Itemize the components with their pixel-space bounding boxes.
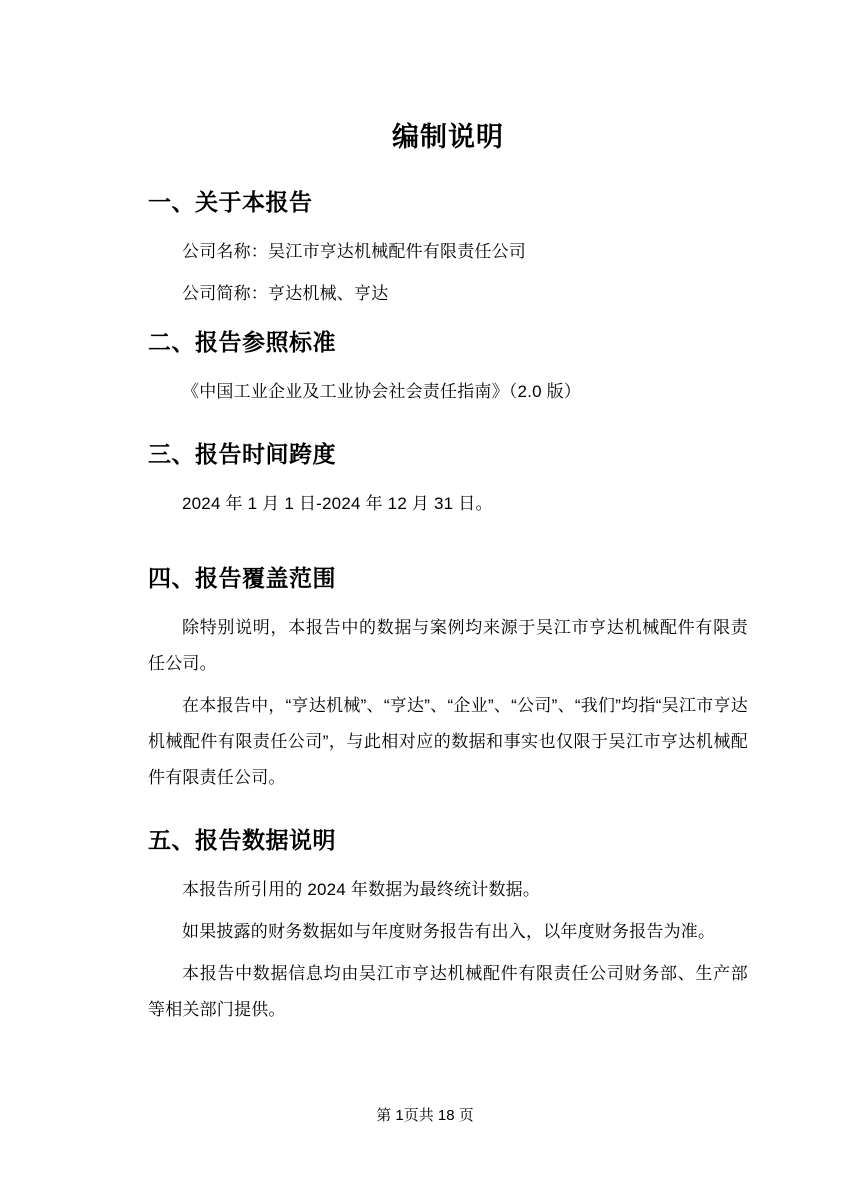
section-heading-reference-standard: 二、报告参照标准 <box>148 326 748 358</box>
document-title: 编制说明 <box>148 116 748 158</box>
paragraph-data-final: 本报告所引用的 2024 年数据为最终统计数据。 <box>148 872 748 908</box>
section-heading-about-report: 一、关于本报告 <box>148 186 748 218</box>
section-data-notes: 五、报告数据说明 本报告所引用的 2024 年数据为最终统计数据。 如果披露的财… <box>148 824 748 1028</box>
section-heading-data-notes: 五、报告数据说明 <box>148 824 748 856</box>
section-time-span: 三、报告时间跨度 2024 年 1 月 1 日-2024 年 12 月 31 日… <box>148 438 748 522</box>
section-heading-coverage-scope: 四、报告覆盖范围 <box>148 562 748 594</box>
section-about-report: 一、关于本报告 公司名称：吴江市亨达机械配件有限责任公司 公司简称：亨达机械、亨… <box>148 186 748 312</box>
section-reference-standard: 二、报告参照标准 《中国工业企业及工业协会社会责任指南》（2.0 版） <box>148 326 748 410</box>
paragraph-time-span: 2024 年 1 月 1 日-2024 年 12 月 31 日。 <box>148 486 748 522</box>
paragraph-data-financial: 如果披露的财务数据如与年度财务报告有出入，以年度财务报告为准。 <box>148 914 748 950</box>
paragraph-coverage-source: 除特别说明，本报告中的数据与案例均来源于吴江市亨达机械配件有限责任公司。 <box>148 610 748 682</box>
section-heading-time-span: 三、报告时间跨度 <box>148 438 748 470</box>
paragraph-reference-standard: 《中国工业企业及工业协会社会责任指南》（2.0 版） <box>148 374 748 410</box>
document-page: 编制说明 一、关于本报告 公司名称：吴江市亨达机械配件有限责任公司 公司简称：亨… <box>0 0 850 1202</box>
section-coverage-scope: 四、报告覆盖范围 除特别说明，本报告中的数据与案例均来源于吴江市亨达机械配件有限… <box>148 562 748 796</box>
paragraph-company-name: 公司名称：吴江市亨达机械配件有限责任公司 <box>148 234 748 270</box>
paragraph-coverage-terms: 在本报告中，“亨达机械”、“亨达”、“企业”、“公司”、“我们”均指“吴江市亨达… <box>148 688 748 796</box>
page-number: 第 1页共 18 页 <box>0 1104 850 1125</box>
paragraph-company-short-name: 公司简称：亨达机械、亨达 <box>148 276 748 312</box>
paragraph-data-departments: 本报告中数据信息均由吴江市亨达机械配件有限责任公司财务部、生产部等相关部门提供。 <box>148 956 748 1028</box>
